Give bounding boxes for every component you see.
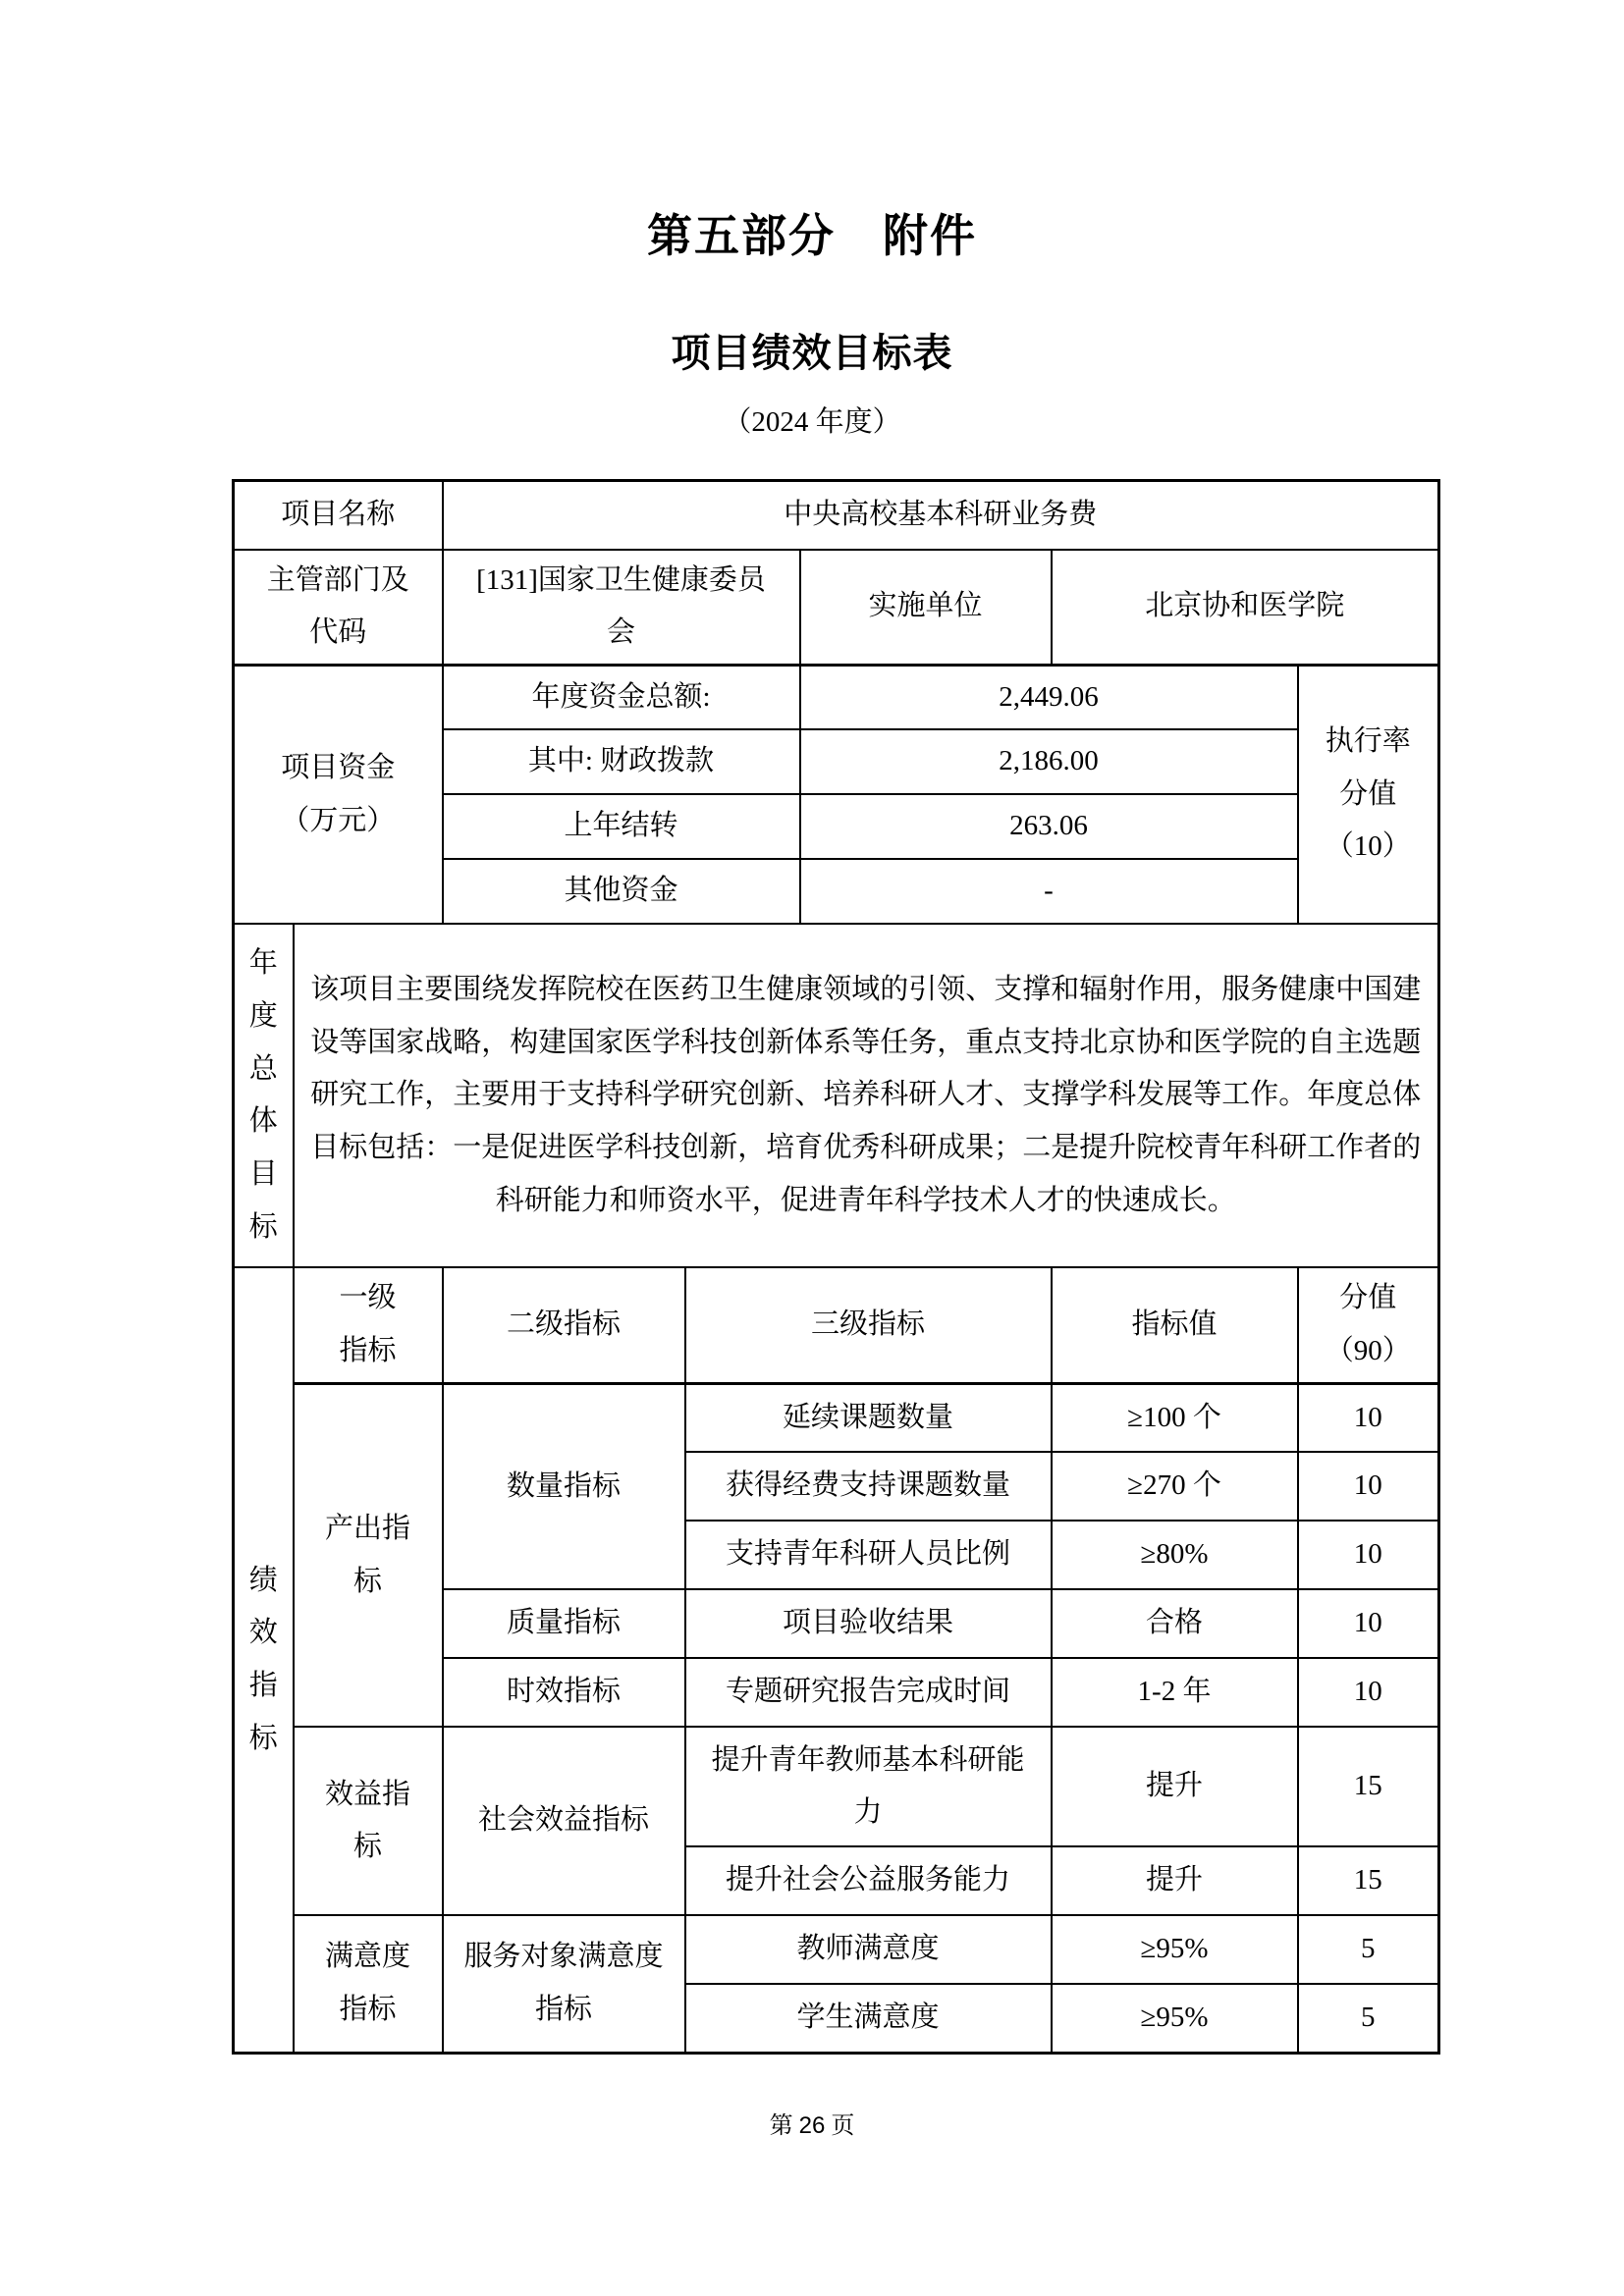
score-cell: 15: [1298, 1846, 1439, 1915]
score-cell: 15: [1298, 1727, 1439, 1846]
annual-goal-side-label: 年 度 总 体 目 标: [234, 924, 294, 1267]
fund-row-value-total: 2,449.06: [800, 665, 1298, 729]
fund-label-cell: 项目资金 （万元）: [234, 665, 443, 924]
level3-cell: 提升社会公益服务能力: [685, 1846, 1052, 1915]
footer-prefix: 第: [770, 2113, 793, 2139]
level2-cell-social-benefit: 社会效益指标: [443, 1727, 685, 1915]
header-level3-cell: 三级指标: [685, 1267, 1052, 1383]
year-label: （2024 年度）: [0, 403, 1624, 442]
value-cell: 合格: [1052, 1589, 1298, 1658]
value-cell: 1-2 年: [1052, 1658, 1298, 1727]
fund-row-label-fiscal: 其中: 财政拨款: [443, 729, 800, 794]
header-level2-cell: 二级指标: [443, 1267, 685, 1383]
level3-cell: 项目验收结果: [685, 1589, 1052, 1658]
footer-page-number: 26: [799, 2112, 826, 2139]
fund-row-value-carryover: 263.06: [800, 794, 1298, 859]
table-title: 项目绩效目标表: [0, 328, 1624, 379]
project-name-value-cell: 中央高校基本科研业务费: [443, 481, 1439, 550]
dept-code-cell: [131]国家卫生健康委员 会: [443, 550, 800, 666]
value-cell: ≥270 个: [1052, 1452, 1298, 1521]
value-cell: 提升: [1052, 1727, 1298, 1846]
level3-cell: 专题研究报告完成时间: [685, 1658, 1052, 1727]
header-score-cell: 分值 （90）: [1298, 1267, 1439, 1383]
header-level1-cell: 一级 指标: [294, 1267, 443, 1383]
level3-cell: 延续课题数量: [685, 1383, 1052, 1452]
level2-cell-service-satisfaction: 服务对象满意度 指标: [443, 1915, 685, 2053]
score-cell: 10: [1298, 1383, 1439, 1452]
fund-row-label-other: 其他资金: [443, 859, 800, 924]
exec-rate-score-cell: 执行率 分值 （10）: [1298, 665, 1439, 924]
score-cell: 5: [1298, 1984, 1439, 2053]
value-cell: ≥95%: [1052, 1915, 1298, 1984]
level1-cell-satisfaction: 满意度 指标: [294, 1915, 443, 2053]
level3-cell: 提升青年教师基本科研能 力: [685, 1727, 1052, 1846]
value-cell: 提升: [1052, 1846, 1298, 1915]
level1-cell-output: 产出指 标: [294, 1383, 443, 1727]
score-cell: 5: [1298, 1915, 1439, 1984]
project-name-label-cell: 项目名称: [234, 481, 443, 550]
header-value-cell: 指标值: [1052, 1267, 1298, 1383]
dept-label-cell: 主管部门及 代码: [234, 550, 443, 666]
level1-cell-benefit: 效益指 标: [294, 1727, 443, 1915]
level3-cell: 学生满意度: [685, 1984, 1052, 2053]
value-cell: ≥100 个: [1052, 1383, 1298, 1452]
level2-cell-timeliness: 时效指标: [443, 1658, 685, 1727]
fund-row-value-other: -: [800, 859, 1298, 924]
level3-cell: 教师满意度: [685, 1915, 1052, 1984]
section-title: 第五部分 附件: [0, 0, 1624, 265]
impl-unit-label-cell: 实施单位: [800, 550, 1052, 666]
footer-suffix: 页: [831, 2113, 854, 2139]
annual-goal-text: 该项目主要围绕发挥院校在医药卫生健康领域的引领、支撑和辐射作用，服务健康中国建设…: [294, 924, 1439, 1267]
fund-row-label-total: 年度资金总额:: [443, 665, 800, 729]
fund-row-value-fiscal: 2,186.00: [800, 729, 1298, 794]
performance-target-table: 项目名称 中央高校基本科研业务费 主管部门及 代码 [131]国家卫生健康委员 …: [232, 479, 1440, 2055]
value-cell: ≥95%: [1052, 1984, 1298, 2053]
value-cell: ≥80%: [1052, 1521, 1298, 1589]
score-cell: 10: [1298, 1589, 1439, 1658]
page-footer: 第 26 页: [0, 2109, 1624, 2143]
level2-cell-quantity: 数量指标: [443, 1383, 685, 1589]
score-cell: 10: [1298, 1521, 1439, 1589]
impl-unit-value-cell: 北京协和医学院: [1052, 550, 1439, 666]
indicators-side-label: 绩 效 指 标: [234, 1267, 294, 2053]
score-cell: 10: [1298, 1452, 1439, 1521]
level2-cell-quality: 质量指标: [443, 1589, 685, 1658]
level3-cell: 支持青年科研人员比例: [685, 1521, 1052, 1589]
fund-row-label-carryover: 上年结转: [443, 794, 800, 859]
score-cell: 10: [1298, 1658, 1439, 1727]
document-page: 第五部分 附件 项目绩效目标表 （2024 年度） 项目名称 中央高校基本科研业…: [0, 0, 1624, 2296]
level3-cell: 获得经费支持课题数量: [685, 1452, 1052, 1521]
